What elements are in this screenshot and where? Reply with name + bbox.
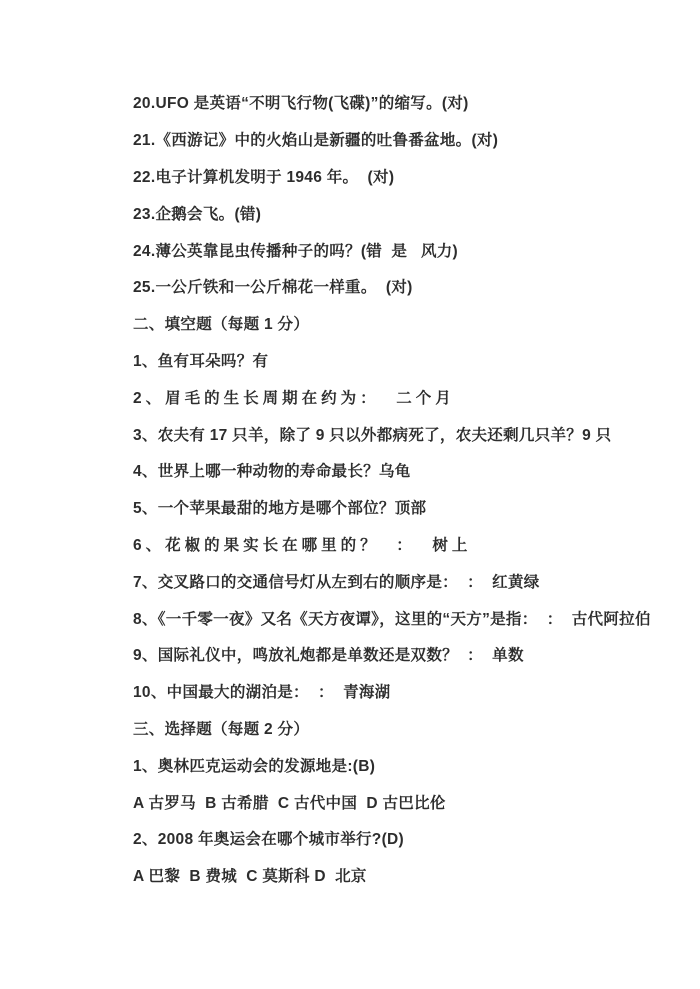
fill-item-8: 8、《一千零一夜》又名《天方夜谭》，这里的“天方”是指： ： 古代阿拉伯 <box>133 599 693 636</box>
tf-item-22: 22.电子计算机发明于 1946 年。 (对) <box>133 158 693 195</box>
document-page: 20.UFO 是英语“不明飞行物(飞碟)”的缩写。(对) 21.《西游记》中的火… <box>0 0 700 989</box>
fill-item-5: 5、一个苹果最甜的地方是哪个部位？顶部 <box>133 489 693 526</box>
tf-item-21: 21.《西游记》中的火焰山是新疆的吐鲁番盆地。(对) <box>133 121 693 158</box>
fill-item-10: 10、中国最大的湖泊是： ： 青海湖 <box>133 673 693 710</box>
fill-blank-section-header: 二、填空题（每题 1 分） <box>133 305 693 342</box>
mc-question-2: 2、2008 年奥运会在哪个城市举行?(D) <box>133 820 693 857</box>
choice-section-header: 三、选择题（每题 2 分） <box>133 710 693 747</box>
fill-item-6: 6、花椒的果实长在哪里的？ ： 树上 <box>133 526 693 563</box>
document-content: 20.UFO 是英语“不明飞行物(飞碟)”的缩写。(对) 21.《西游记》中的火… <box>133 84 693 894</box>
fill-item-1: 1、鱼有耳朵吗？有 <box>133 342 693 379</box>
tf-item-20: 20.UFO 是英语“不明飞行物(飞碟)”的缩写。(对) <box>133 84 693 121</box>
tf-item-23: 23.企鹅会飞。(错) <box>133 194 693 231</box>
tf-item-25: 25.一公斤铁和一公斤棉花一样重。 (对) <box>133 268 693 305</box>
fill-item-2: 2、眉毛的生长周期在约为： 二个月 <box>133 378 693 415</box>
mc-question-1: 1、奥林匹克运动会的发源地是:(B) <box>133 746 693 783</box>
fill-item-4: 4、世界上哪一种动物的寿命最长？乌龟 <box>133 452 693 489</box>
fill-item-3: 3、农夫有 17 只羊，除了 9 只以外都病死了，农夫还剩几只羊？9 只 <box>133 415 693 452</box>
tf-item-24: 24.薄公英靠昆虫传播种子的吗？(错 是 风力) <box>133 231 693 268</box>
mc-options-1: A 古罗马 B 古希腊 C 古代中国 D 古巴比伦 <box>133 783 693 820</box>
fill-item-9: 9、国际礼仪中，鸣放礼炮都是单数还是双数？ ： 单数 <box>133 636 693 673</box>
mc-options-2: A 巴黎 B 费城 C 莫斯科 D 北京 <box>133 857 693 894</box>
fill-item-7: 7、交叉路口的交通信号灯从左到右的顺序是： ： 红黄绿 <box>133 562 693 599</box>
